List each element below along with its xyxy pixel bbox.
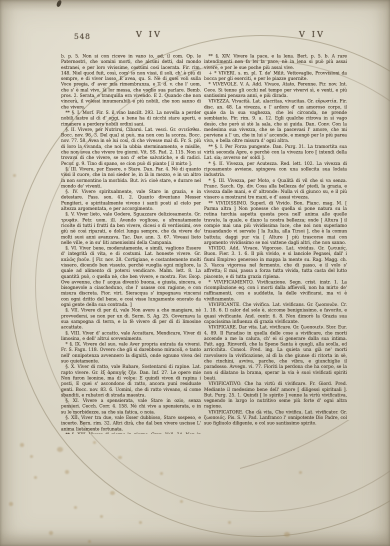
- foxing-spot: [74, 506, 77, 509]
- dictionary-entry-paragraph: ** §. XIII. Vivere di giorno in giorno. …: [61, 432, 201, 434]
- foxing-spot: [160, 472, 163, 475]
- foxing-spot: [88, 540, 91, 543]
- dictionary-entry-paragraph: §. VII. Vivere dì per dì, vale Non avere…: [61, 308, 201, 331]
- dictionary-entry-paragraph: §. IV. Vivere spiritualmente, vale Stare…: [61, 190, 201, 213]
- dictionary-entry-paragraph: §. X. Viver di ratto, vale Rubare, Soste…: [61, 365, 201, 399]
- text-column-right: ** §. XIV. Vivere la pace, e la lena. Be…: [204, 54, 347, 434]
- text-column-left-content: b. p. 5. Non si con riceve in vano io, e…: [61, 54, 201, 434]
- foxing-spot: [284, 532, 290, 537]
- wrinkle-region: [240, 420, 390, 546]
- dictionary-entry-paragraph: §. V. Viver lieto, vale Godere, Sguazzar…: [61, 212, 201, 246]
- foxing-spot: [34, 476, 37, 479]
- foxing-spot: [139, 521, 142, 524]
- dictionary-entry-paragraph: * §. II. Vivezza, per Acutezza. Red. let…: [204, 161, 347, 178]
- dictionary-entry-paragraph: VIVIDO. Add. Vivace, Vigoroso. Lat. vivi…: [204, 246, 347, 280]
- foxing-spot: [57, 447, 63, 452]
- dictionary-entry-paragraph: §. VI. Viver bene, moderatamente, e simi…: [61, 246, 201, 308]
- running-title-left: V IV: [136, 30, 162, 39]
- foxing-spot: [100, 515, 103, 518]
- foxing-spot: [49, 531, 53, 535]
- dictionary-entry-paragraph: VIVIFICARE. Dar vita. Lat. vivificare. G…: [204, 325, 347, 381]
- foxing-spot: [180, 500, 183, 503]
- ink-speck: [56, 0, 62, 7]
- foxing-spot: [93, 441, 96, 444]
- dictionary-entry-paragraph: b. p. 5. Non si con riceve in vano io, e…: [61, 54, 201, 110]
- scanned-book-page: 548 V IV V IV b. p. 5. Non si con riceve…: [0, 0, 390, 546]
- dictionary-entry-paragraph: * VIVEVOLE. V. A. Add. Vivace, Atato, Pe…: [204, 82, 347, 99]
- foxing-spot: [228, 521, 231, 524]
- dictionary-entry-paragraph: VIVIFICANTE. Che vivifica. Lat. vivifica…: [204, 303, 347, 326]
- foxing-spot: [299, 471, 302, 474]
- dictionary-entry-paragraph: + * VIVERI. s. m. pl. T. de' Milit. Vett…: [204, 71, 347, 82]
- dictionary-entry-paragraph: §. XI. Vivere a spensierata, vale Stare …: [61, 399, 201, 416]
- running-title-right: V IV: [299, 30, 325, 39]
- text-column-left: b. p. 5. Non si con riceve in vano io, e…: [61, 54, 201, 434]
- foxing-spot: [30, 455, 33, 458]
- foxing-spot: [20, 443, 24, 447]
- dictionary-entry-paragraph: §. III. Vivere, per Essere, o Stare. Dan…: [61, 167, 201, 190]
- dictionary-entry-paragraph: ** §. I. Per Forza pungente. Dan. Purg. …: [204, 144, 347, 161]
- dictionary-entry-paragraph: ** §. I. Morf. Fir. S. il vino lancilt. …: [61, 110, 201, 127]
- foxing-spot: [9, 502, 13, 506]
- dictionary-entry-paragraph: ** VIVIDISSIMO. Superl. di Vivido. Bon. …: [204, 201, 347, 246]
- dictionary-entry-paragraph: ** §. XIV. Vivere la pace, e la lena. Be…: [204, 54, 347, 71]
- foxing-spot: [65, 470, 69, 474]
- text-column-right-content: ** §. XIV. Vivere la pace, e la lena. Be…: [204, 54, 347, 427]
- dictionary-entry-paragraph: VIVEZZA. Vivacità. Lat. alacritas, vivac…: [204, 99, 347, 144]
- foxing-spot: [118, 456, 122, 459]
- page-number: 548: [74, 32, 91, 41]
- dictionary-entry-paragraph: VIVIFICATORE. Che dà vita, Che vivifica.…: [204, 410, 347, 427]
- dictionary-entry-paragraph: §. VIII. Viver d' accatto, vale Accattar…: [61, 331, 201, 342]
- dictionary-entry-paragraph: §. II. Vivere, per Nutrirsi, Cibarsi. La…: [61, 127, 201, 167]
- dictionary-entry-paragraph: * VIVIFICAMENTO. Vivificazione. Segn. cr…: [204, 280, 347, 303]
- dictionary-entry-paragraph: * §. IX. Vivere del suo, vale Aver propr…: [61, 342, 201, 365]
- dictionary-entry-paragraph: * §. III. Vivezza, per Moto, o Qualità d…: [204, 178, 347, 201]
- foxing-spot: [110, 491, 115, 495]
- foxing-spot: [13, 174, 16, 177]
- dictionary-entry-paragraph: §. XII. Viver tra due, vale Esser dubbio…: [61, 416, 201, 433]
- dictionary-entry-paragraph: VIVIFICATIVO. Che ha virtù di vivificare…: [204, 382, 347, 410]
